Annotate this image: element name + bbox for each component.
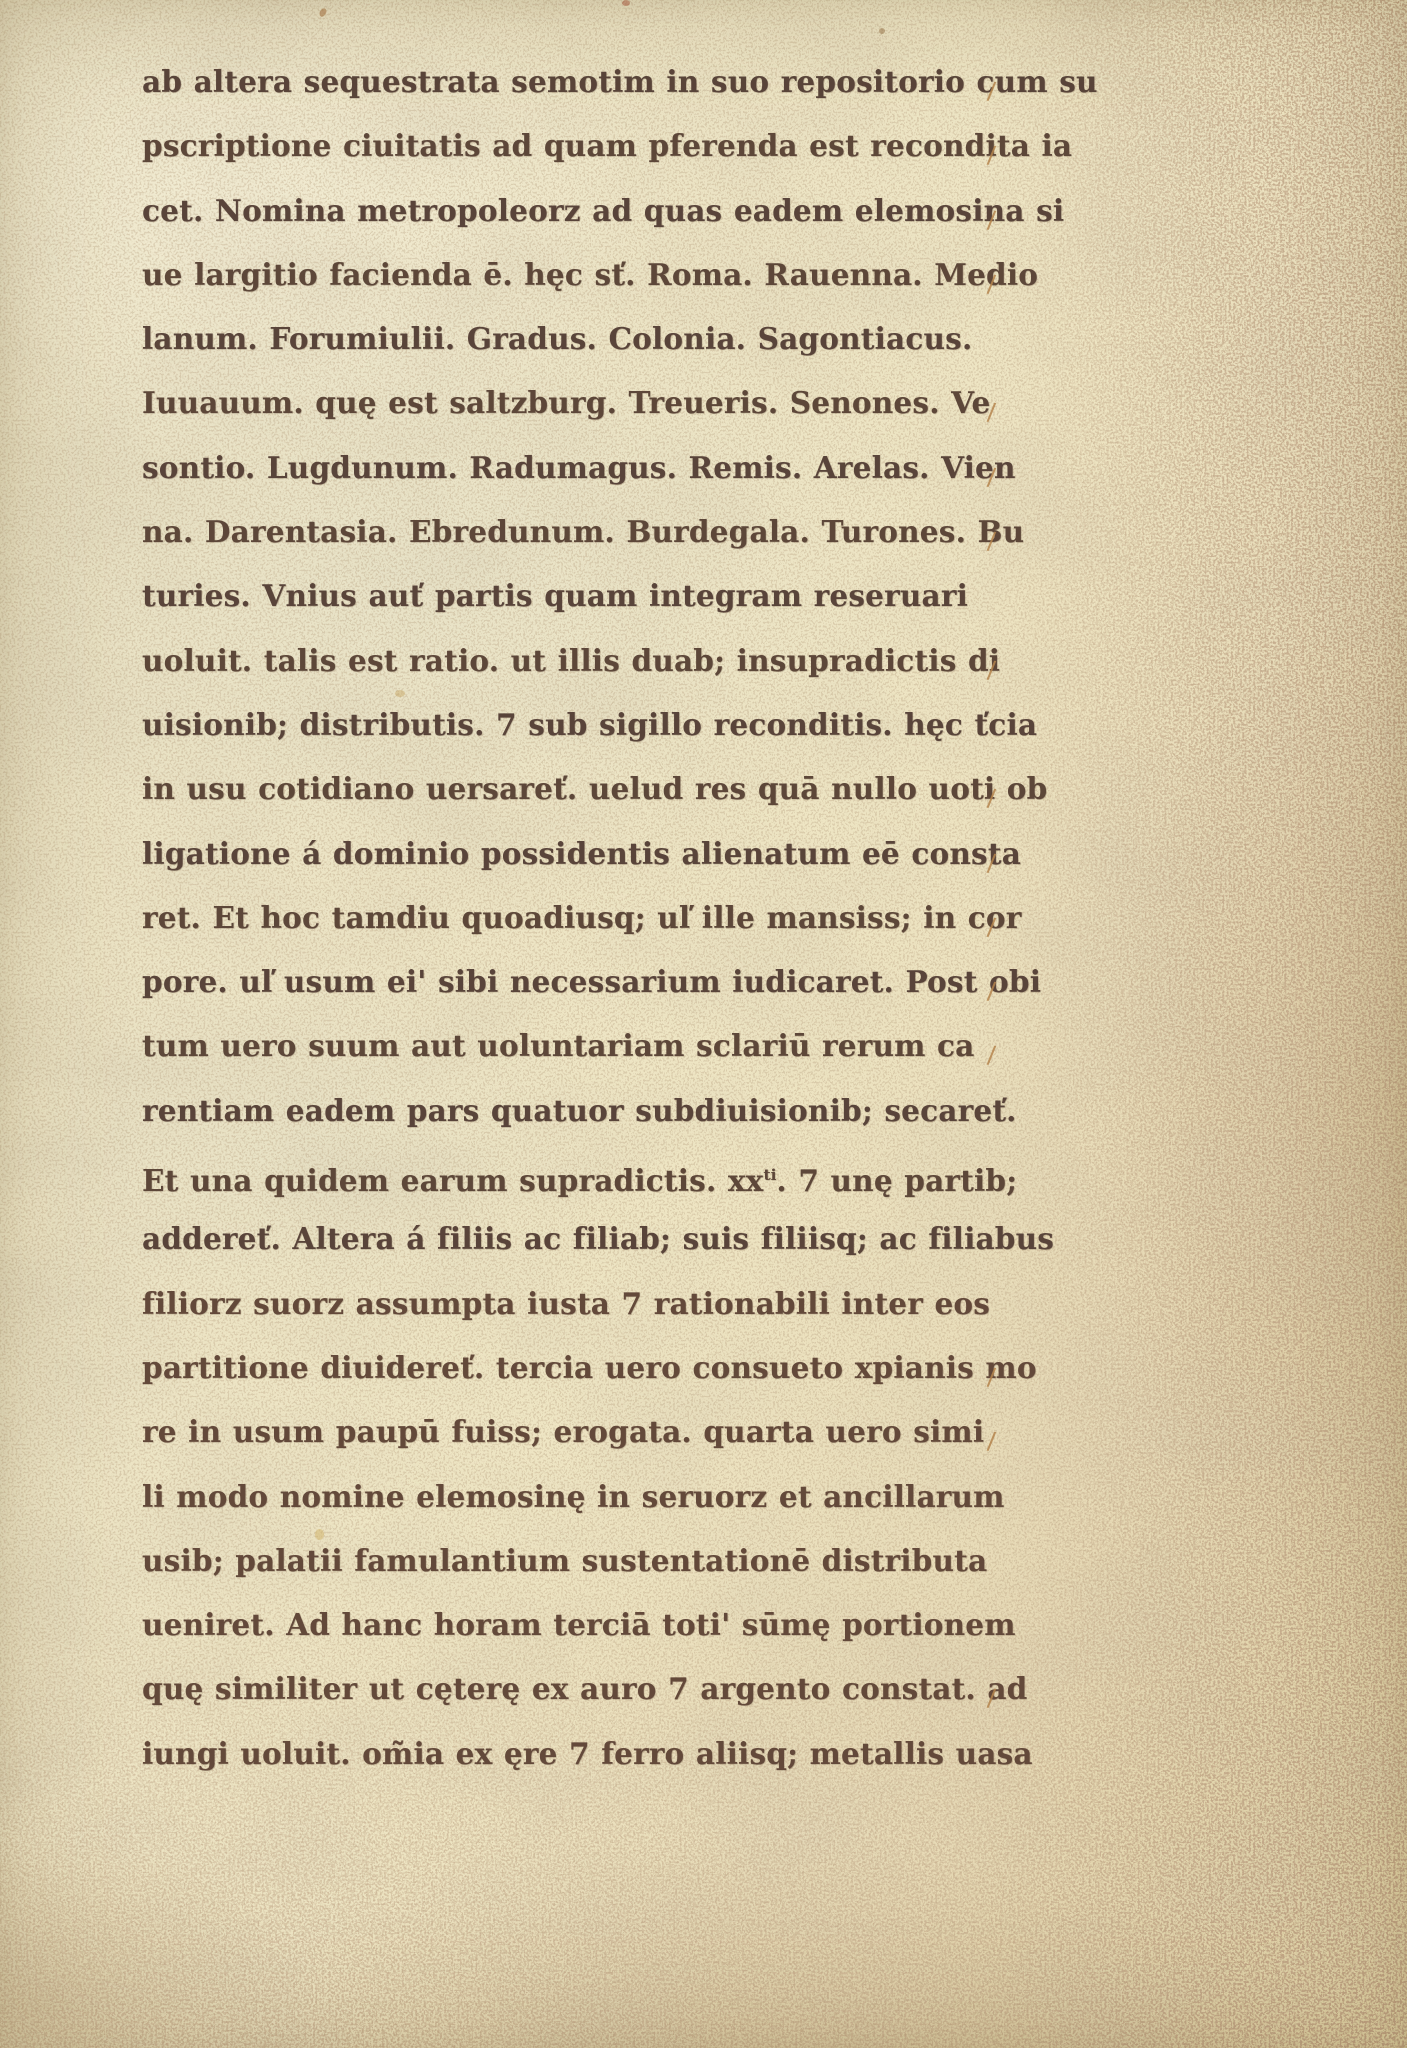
manuscript-line: ueniret. Ad hanc horam terciā toti' sūmę… [142,1593,968,1657]
manuscript-page: ab altera sequestrata semotim in suo rep… [0,0,1407,2048]
manuscript-text: ret. Et hoc tamdiu quoadiusq; uľ ille ma… [142,900,1022,935]
manuscript-text: Iuuauum. quę est saltzburg. Treueris. Se… [142,385,990,420]
manuscript-line: lanum. Forumiulii. Gradus. Colonia. Sago… [142,307,968,371]
manuscript-text: pscriptione ciuitatis ad quam pferenda e… [142,128,1072,163]
manuscript-text: iungi uoluit. om̃ia ex ęre 7 ferro aliis… [142,1736,1033,1771]
parchment-speck [622,0,630,6]
manuscript-text: ueniret. Ad hanc horam terciā toti' sūmę… [142,1607,1016,1642]
manuscript-text: usib; palatii famulantium sustentationē … [142,1543,987,1578]
manuscript-line: re in usum paupū fuiss; erogata. quarta … [142,1400,968,1464]
manuscript-line: usib; palatii famulantium sustentationē … [142,1529,968,1593]
manuscript-line: rentiam eadem pars quatuor subdiuisionib… [142,1079,968,1143]
manuscript-line: quę similiter ut cęterę ex auro 7 argent… [142,1657,968,1721]
manuscript-line: Iuuauum. quę est saltzburg. Treueris. Se… [142,371,968,435]
manuscript-line: ab altera sequestrata semotim in suo rep… [142,50,968,114]
manuscript-line: ret. Et hoc tamdiu quoadiusq; uľ ille ma… [142,886,968,950]
manuscript-text: partitione diuidereť. tercia uero consue… [142,1350,1037,1385]
manuscript-text: . 7 unę partib; [776,1163,1017,1198]
text-block: ab altera sequestrata semotim in suo rep… [142,50,968,1786]
manuscript-text: ligatione á dominio possidentis alienatu… [142,836,1021,871]
manuscript-text: cet. Nomina metropoleorz ad quas eadem e… [142,193,1064,228]
manuscript-line: uoluit. talis est ratio. ut illis duab; … [142,629,968,693]
manuscript-text: uisionib; distributis. 7 sub sigillo rec… [142,707,1037,742]
manuscript-line: ue largitio facienda ē. hęc sť. Roma. Ra… [142,243,968,307]
manuscript-text: ue largitio facienda ē. hęc sť. Roma. Ra… [142,257,1038,292]
manuscript-line: in usu cotidiano uersareť. uelud res quā… [142,757,968,821]
manuscript-text: lanum. Forumiulii. Gradus. Colonia. Sago… [142,321,972,356]
manuscript-line: cet. Nomina metropoleorz ad quas eadem e… [142,179,968,243]
manuscript-text: filiorz suorz assumpta iusta 7 rationabi… [142,1286,990,1321]
manuscript-text: quę similiter ut cęterę ex auro 7 argent… [142,1671,1028,1706]
manuscript-line: Et una quidem earum supradictis. xxti. 7… [142,1143,968,1207]
manuscript-text: turies. Vnius auť partis quam integram r… [142,578,968,613]
manuscript-text: ab altera sequestrata semotim in suo rep… [142,64,1098,99]
manuscript-line: uisionib; distributis. 7 sub sigillo rec… [142,693,968,757]
manuscript-line: pore. uľ usum ei' sibi necessarium iudic… [142,950,968,1014]
parchment-speck [318,7,328,18]
manuscript-text: in usu cotidiano uersareť. uelud res quā… [142,771,1047,806]
manuscript-text: re in usum paupū fuiss; erogata. quarta … [142,1414,984,1449]
manuscript-superscript: ti [763,1166,776,1184]
manuscript-line: partitione diuidereť. tercia uero consue… [142,1336,968,1400]
manuscript-text: na. Darentasia. Ebredunum. Burdegala. Tu… [142,514,1024,549]
manuscript-text: sontio. Lugdunum. Radumagus. Remis. Arel… [142,450,1016,485]
parchment-speck [879,28,885,34]
manuscript-line: pscriptione ciuitatis ad quam pferenda e… [142,114,968,178]
manuscript-line: li modo nomine elemosinę in seruorz et a… [142,1465,968,1529]
manuscript-line: turies. Vnius auť partis quam integram r… [142,564,968,628]
manuscript-line: tum uero suum aut uoluntariam sclariū re… [142,1014,968,1078]
manuscript-text: addereť. Altera á filiis ac filiab; suis… [142,1221,1054,1256]
manuscript-line: filiorz suorz assumpta iusta 7 rationabi… [142,1272,968,1336]
manuscript-text: Et una quidem earum supradictis. xx [142,1163,763,1198]
manuscript-text: li modo nomine elemosinę in seruorz et a… [142,1479,1005,1514]
manuscript-text: pore. uľ usum ei' sibi necessarium iudic… [142,964,1041,999]
manuscript-text: tum uero suum aut uoluntariam sclariū re… [142,1028,974,1063]
manuscript-line: ligatione á dominio possidentis alienatu… [142,822,968,886]
manuscript-line: iungi uoluit. om̃ia ex ęre 7 ferro aliis… [142,1722,968,1786]
manuscript-line: na. Darentasia. Ebredunum. Burdegala. Tu… [142,500,968,564]
manuscript-text: rentiam eadem pars quatuor subdiuisionib… [142,1093,1017,1128]
hyphenation-mark: / [983,1023,999,1088]
hyphenation-mark: / [983,1409,999,1474]
manuscript-line: sontio. Lugdunum. Radumagus. Remis. Arel… [142,436,968,500]
manuscript-line: addereť. Altera á filiis ac filiab; suis… [142,1207,968,1271]
manuscript-text: uoluit. talis est ratio. ut illis duab; … [142,643,1000,678]
